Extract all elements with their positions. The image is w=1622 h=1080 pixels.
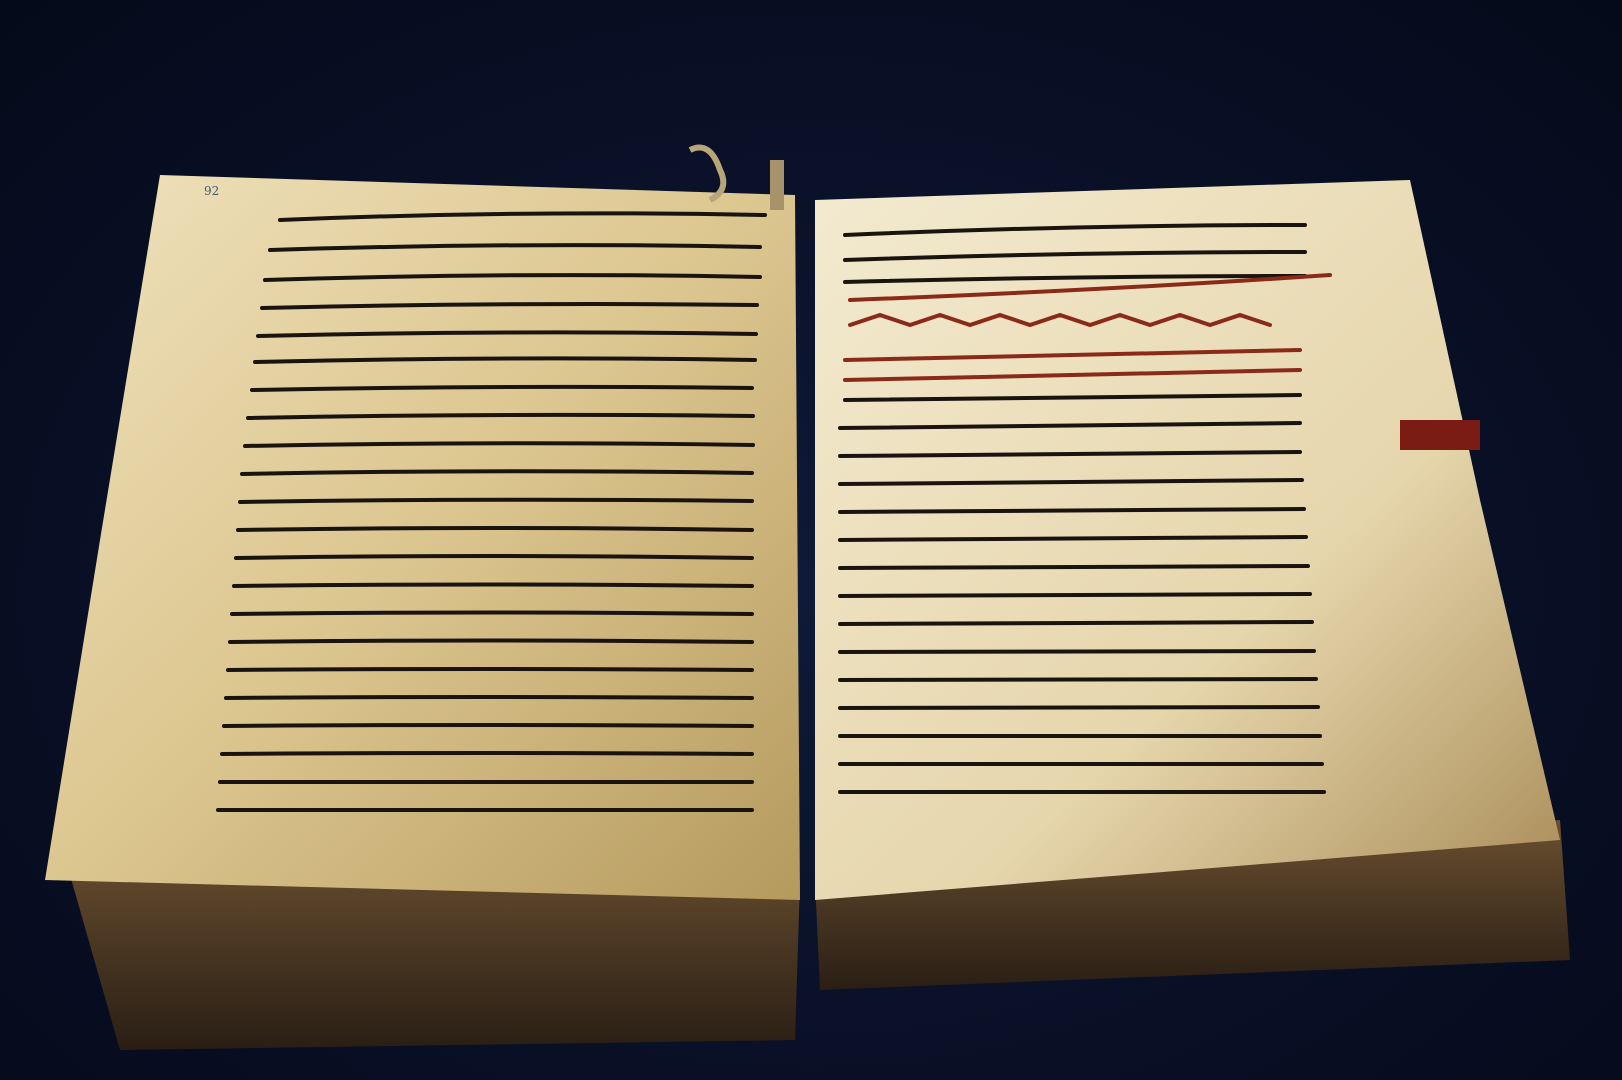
spine-thread (770, 160, 784, 210)
manuscript-photo: 92 (0, 0, 1622, 1080)
folio-mark: 92 (204, 184, 219, 198)
manuscript-illustration: 92 (0, 0, 1622, 1080)
left-page (45, 175, 800, 900)
red-bookmark (1400, 420, 1480, 450)
